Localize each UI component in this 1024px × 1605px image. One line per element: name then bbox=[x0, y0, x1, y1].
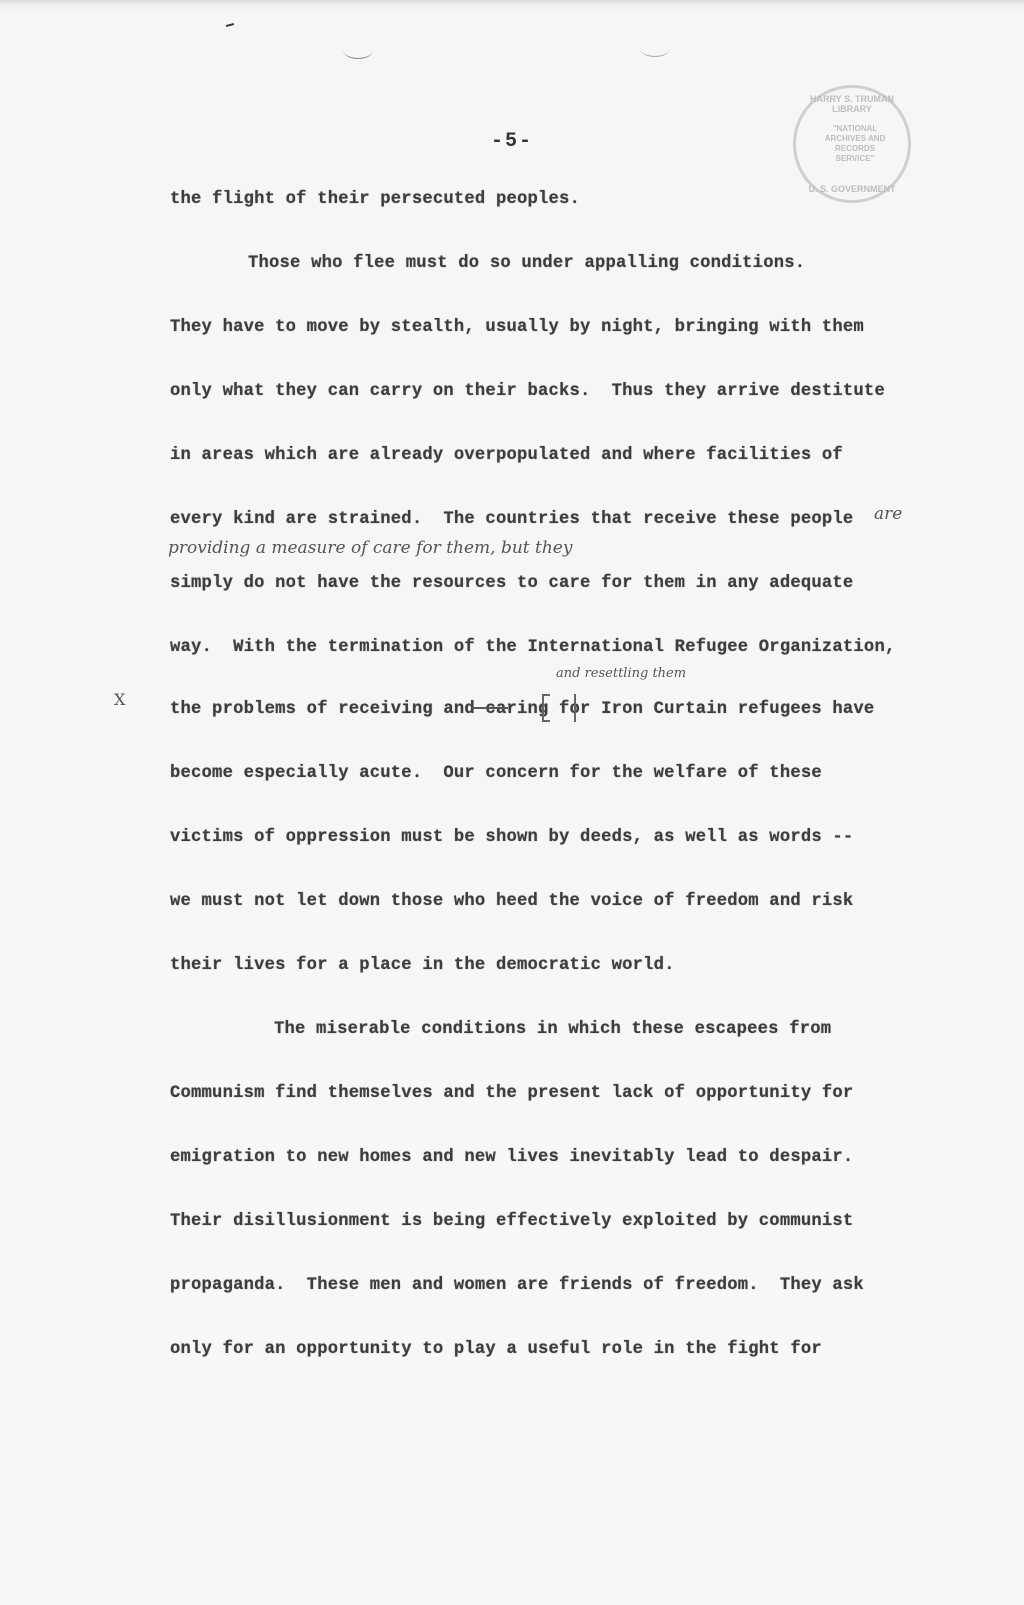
text-line: simply do not have the resources to care… bbox=[170, 574, 853, 593]
punch-hole-mark bbox=[343, 42, 373, 59]
page-number: -5- bbox=[0, 130, 1024, 153]
text-line: They have to move by stealth, usually by… bbox=[170, 318, 864, 337]
text-line: Communism find themselves and the presen… bbox=[170, 1084, 853, 1103]
edit-bracket bbox=[542, 694, 576, 722]
stray-mark bbox=[226, 23, 234, 27]
margin-mark: X bbox=[114, 690, 125, 709]
punch-hole-mark bbox=[640, 40, 670, 57]
handwritten-insertion: and resettling them bbox=[556, 666, 686, 681]
text-line: every kind are strained. The countries t… bbox=[170, 510, 853, 529]
stamp-ring-bottom: U. S. GOVERNMENT bbox=[796, 184, 908, 194]
text-line: Their disillusionment is being effective… bbox=[170, 1212, 853, 1231]
handwritten-insertion: are bbox=[874, 504, 902, 524]
handwritten-insertion-line: providing a measure of care for them, bu… bbox=[168, 538, 572, 558]
text-line: the problems of receiving and caring for… bbox=[170, 700, 874, 719]
text-line: only for an opportunity to play a useful… bbox=[170, 1340, 822, 1359]
text-line: become especially acute. Our concern for… bbox=[170, 764, 822, 783]
text-line: their lives for a place in the democrati… bbox=[170, 956, 675, 975]
text-line: victims of oppression must be shown by d… bbox=[170, 828, 853, 847]
strikethrough-mark bbox=[472, 707, 508, 709]
paragraph-start: Those who flee must do so under appallin… bbox=[248, 254, 805, 273]
text-line: the flight of their persecuted peoples. bbox=[170, 190, 580, 209]
text-line: we must not let down those who heed the … bbox=[170, 892, 853, 911]
text-line: way. With the termination of the Interna… bbox=[170, 638, 895, 657]
document-page: HARRY S. TRUMAN LIBRARY "NATIONAL ARCHIV… bbox=[0, 0, 1024, 1605]
text-line: only what they can carry on their backs.… bbox=[170, 382, 885, 401]
text-line: propaganda. These men and women are frie… bbox=[170, 1276, 864, 1295]
paragraph-start: The miserable conditions in which these … bbox=[274, 1020, 831, 1039]
stamp-ring-top: HARRY S. TRUMAN LIBRARY bbox=[796, 94, 908, 114]
text-line: in areas which are already overpopulated… bbox=[170, 446, 843, 465]
text-line: emigration to new homes and new lives in… bbox=[170, 1148, 853, 1167]
